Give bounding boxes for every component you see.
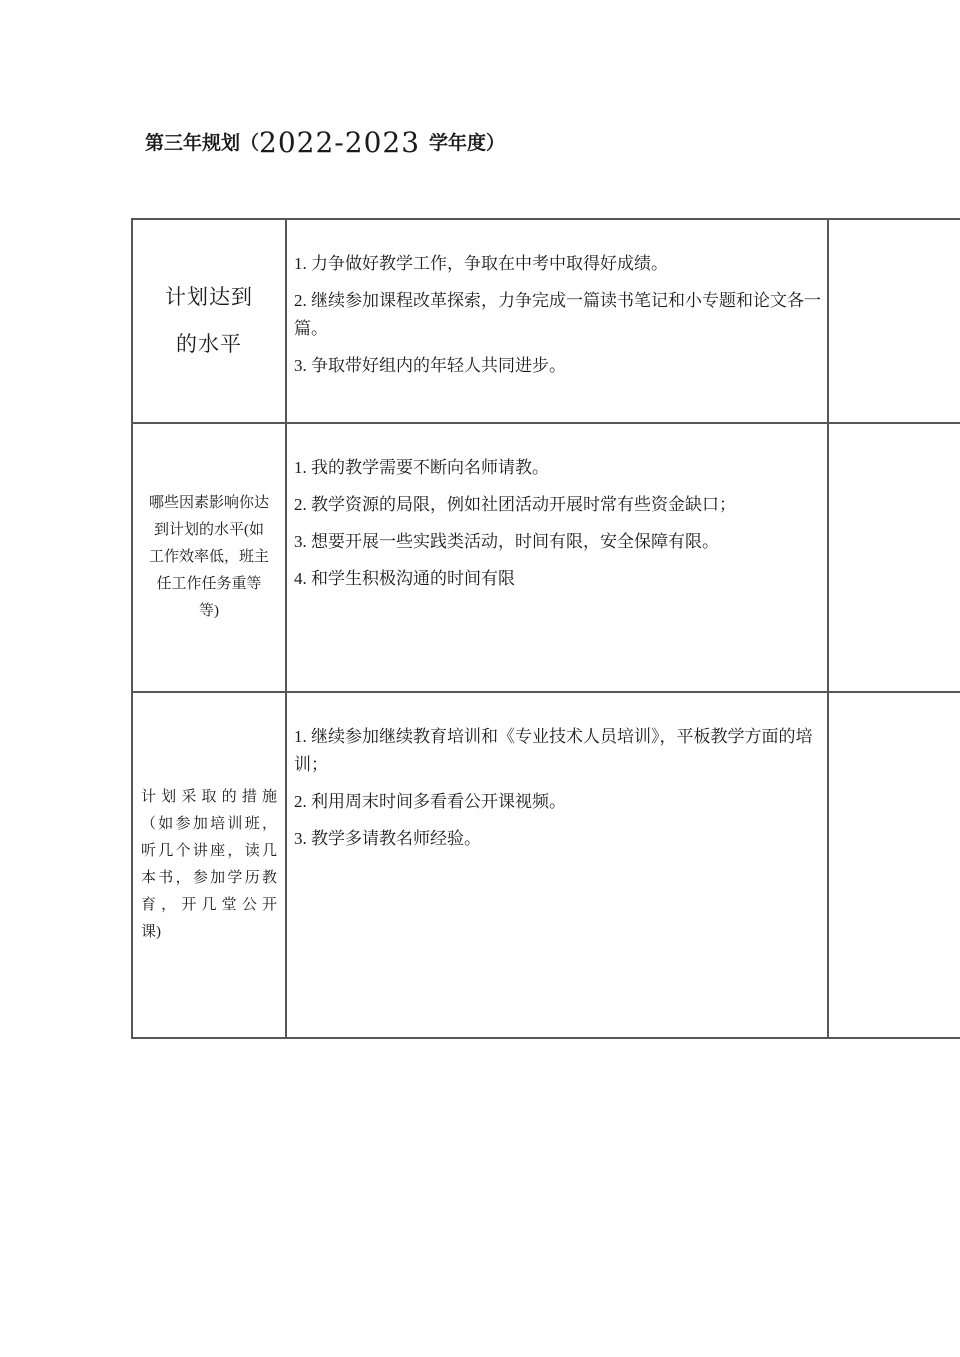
row-content-cell: 1. 我的教学需要不断向名师请教。2. 教学资源的局限，例如社团活动开展时常有些… <box>286 423 828 692</box>
content-item: 2. 教学资源的局限，例如社团活动开展时常有些资金缺口； <box>294 491 821 519</box>
row-content-cell: 1. 力争做好教学工作，争取在中考中取得好成绩。2. 继续参加课程改革探索，力争… <box>286 219 828 423</box>
label-line: 育，开几堂公开 <box>141 892 277 919</box>
label-line: 听几个讲座，读几 <box>141 838 277 865</box>
content-item: 2. 继续参加课程改革探索，力争完成一篇读书笔记和小专题和论文各一篇。 <box>294 287 821 343</box>
content-item: 1. 继续参加继续教育培训和《专业技术人员培训》，平板教学方面的培训； <box>294 723 821 779</box>
table-row-goal-level: 计划达到 的水平 1. 力争做好教学工作，争取在中考中取得好成绩。2. 继续参加… <box>132 219 960 423</box>
plan-table: 计划达到 的水平 1. 力争做好教学工作，争取在中考中取得好成绩。2. 继续参加… <box>131 218 960 1039</box>
content-item: 2. 利用周末时间多看看公开课视频。 <box>294 788 821 816</box>
content-item: 4. 和学生积极沟通的时间有限 <box>294 565 821 593</box>
table-row-planned-measures: 计划采取的措施（如参加培训班，听几个讲座，读几本书，参加学历教育，开几堂公开课)… <box>132 692 960 1038</box>
content-item: 3. 争取带好组内的年轻人共同进步。 <box>294 352 821 380</box>
label-line: 本书，参加学历教 <box>141 865 277 892</box>
content-item: 3. 教学多请教名师经验。 <box>294 825 821 853</box>
title-close-paren: ） <box>486 133 505 154</box>
row-label-cell: 计划达到 的水平 <box>132 219 286 423</box>
label-line: （如参加培训班， <box>141 811 277 838</box>
empty-cell <box>828 692 960 1038</box>
page-title: 第三年规划（2022-2023学年度） <box>145 124 505 167</box>
content-item: 1. 力争做好教学工作，争取在中考中取得好成绩。 <box>294 250 821 278</box>
label-line: 计划采取的措施 <box>141 784 277 811</box>
title-open-paren: （ <box>240 133 259 154</box>
row-label-cell: 哪些因素影响你达 到计划的水平(如 工作效率低，班主 任工作任务重等 等) <box>132 423 286 692</box>
row-label: 计划采取的措施（如参加培训班，听几个讲座，读几本书，参加学历教育，开几堂公开课) <box>141 784 277 946</box>
title-text: 第三年规划 <box>145 133 240 154</box>
row-content-cell: 1. 继续参加继续教育培训和《专业技术人员培训》，平板教学方面的培训；2. 利用… <box>286 692 828 1038</box>
document-page: 第三年规划（2022-2023学年度） 计划达到 的水平 1. 力争做好教学工作… <box>0 0 960 1357</box>
table-row-influencing-factors: 哪些因素影响你达 到计划的水平(如 工作效率低，班主 任工作任务重等 等) 1.… <box>132 423 960 692</box>
content-item: 1. 我的教学需要不断向名师请教。 <box>294 454 821 482</box>
row-label-cell: 计划采取的措施（如参加培训班，听几个讲座，读几本书，参加学历教育，开几堂公开课) <box>132 692 286 1038</box>
empty-cell <box>828 423 960 692</box>
label-line: 课) <box>141 919 277 946</box>
title-year: 2022-2023 <box>259 126 420 159</box>
title-suffix: 学年度 <box>429 133 486 154</box>
content-item: 3. 想要开展一些实践类活动，时间有限，安全保障有限。 <box>294 528 821 556</box>
empty-cell <box>828 219 960 423</box>
row-label: 计划达到 的水平 <box>141 274 277 368</box>
row-label: 哪些因素影响你达 到计划的水平(如 工作效率低，班主 任工作任务重等 等) <box>141 490 277 625</box>
